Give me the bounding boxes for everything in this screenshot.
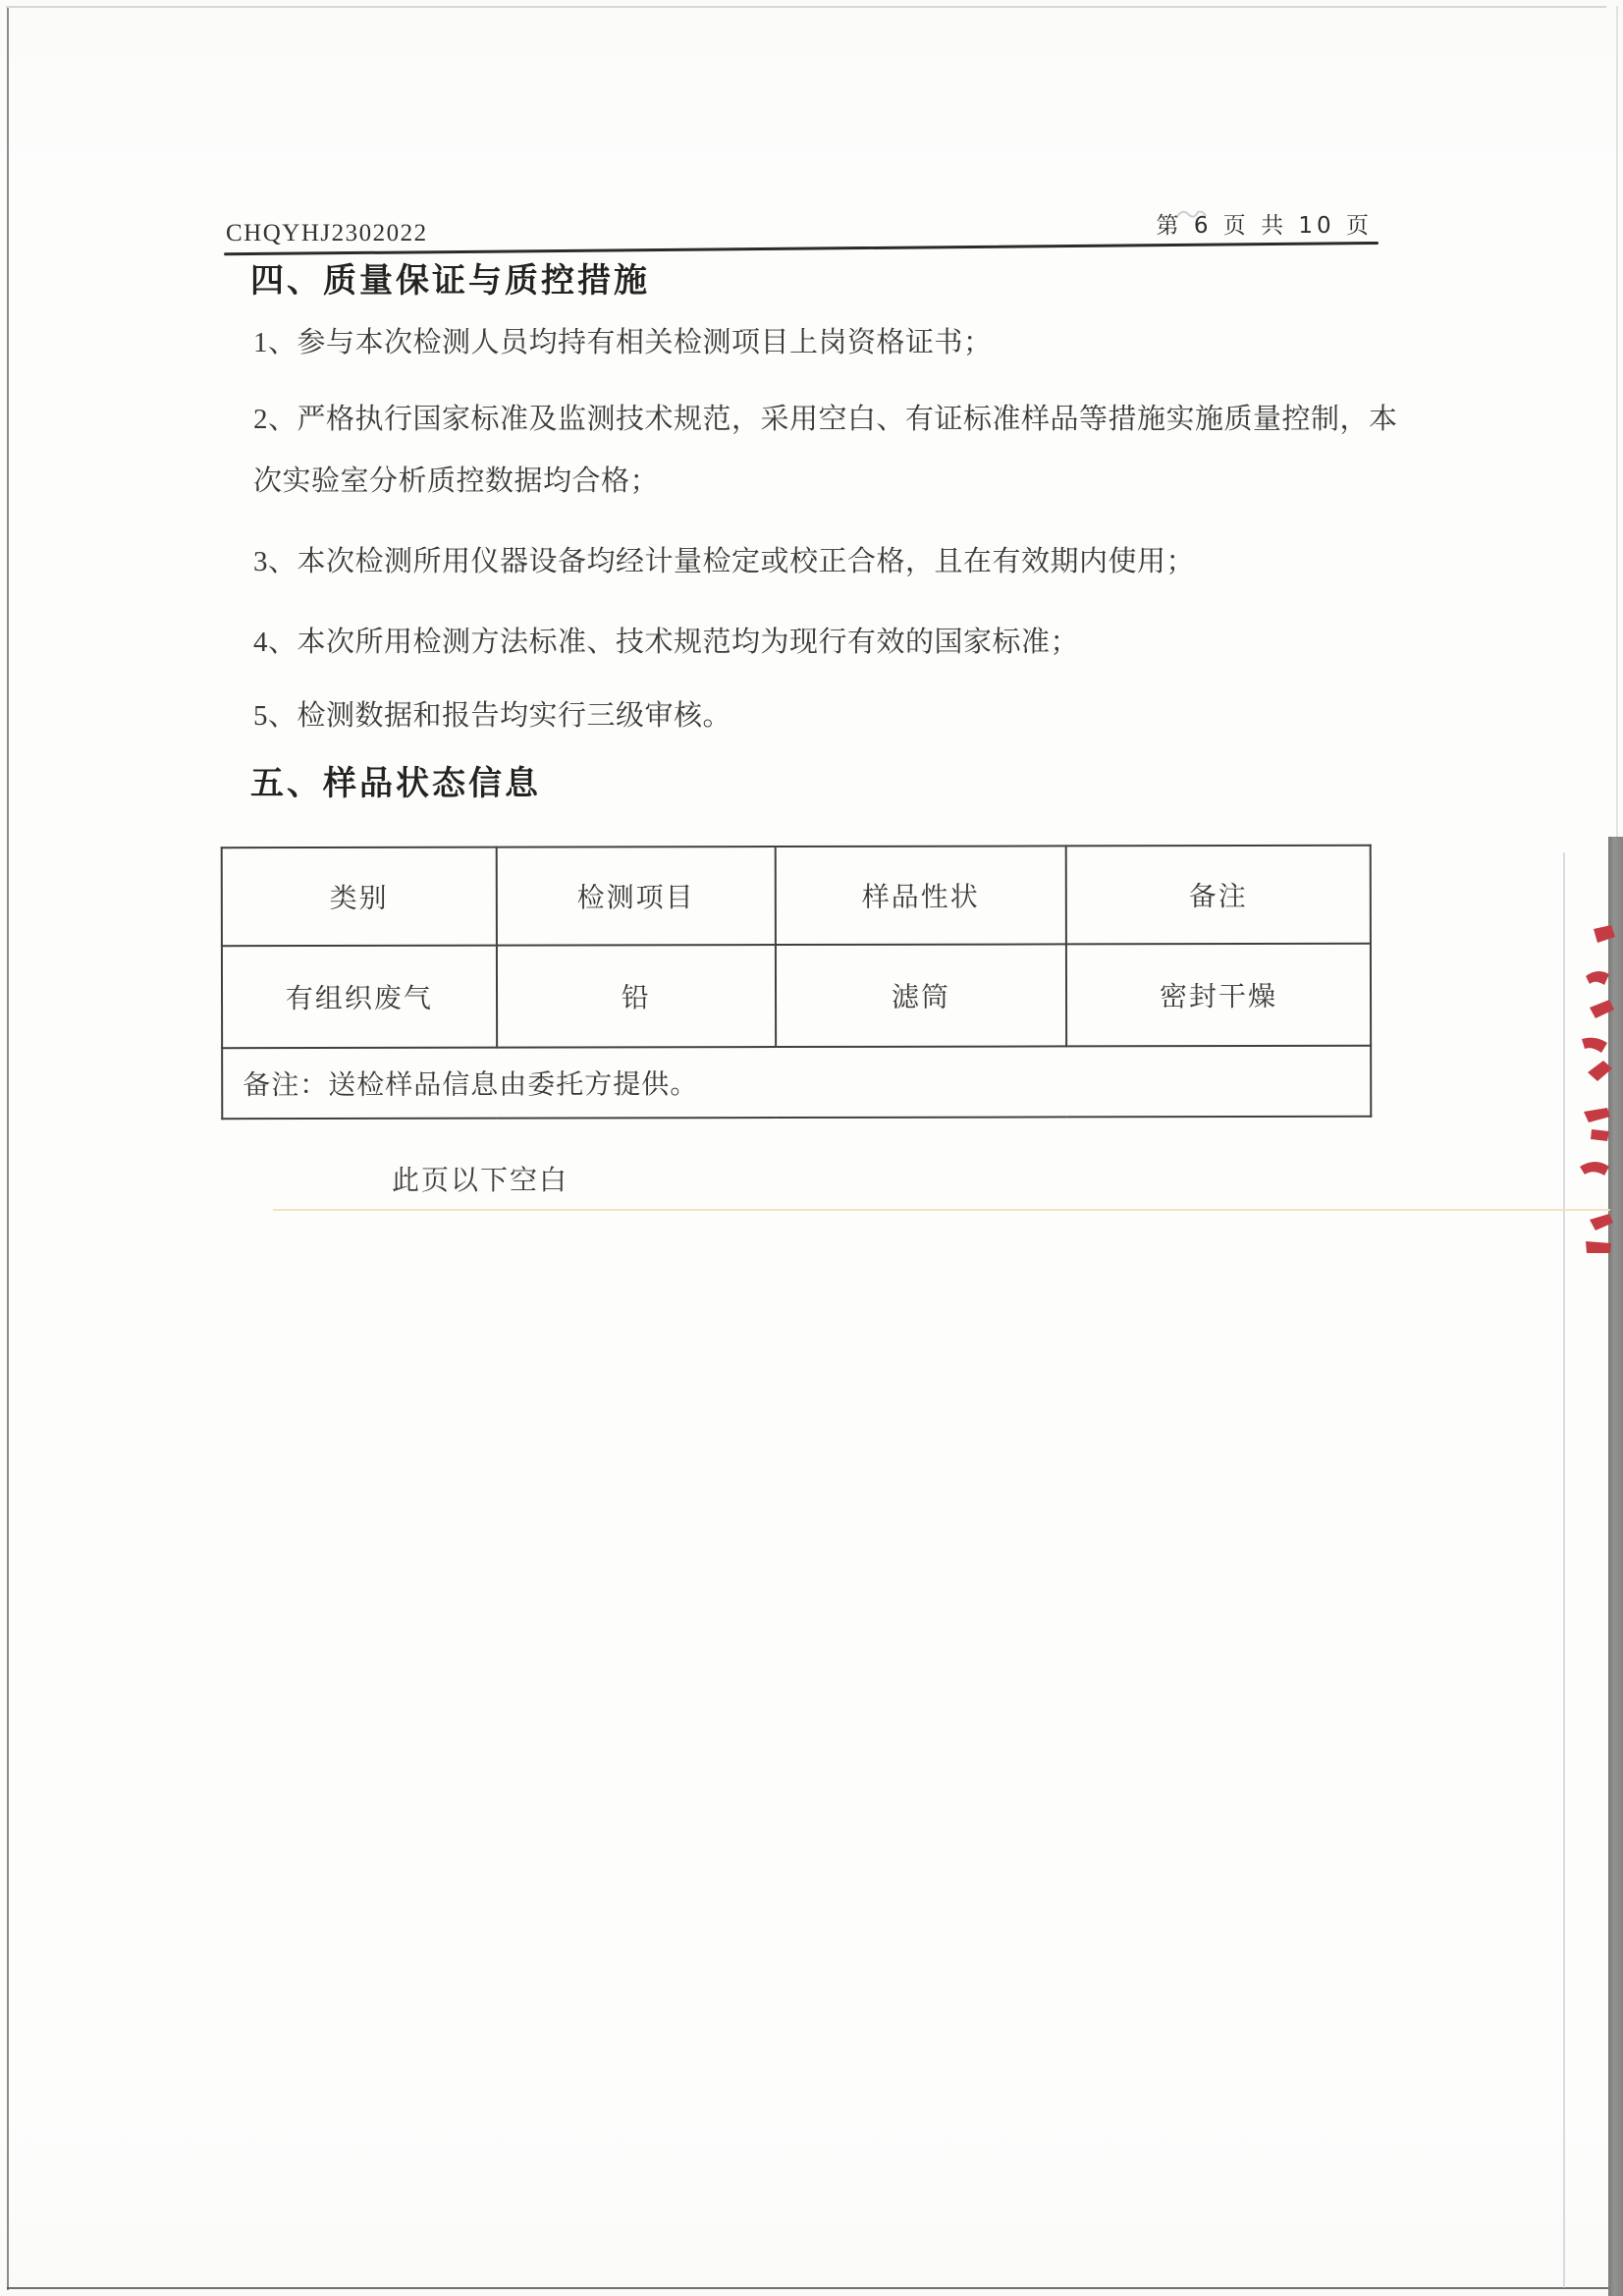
table-header-category: 类别	[222, 847, 497, 947]
scan-edge-left	[7, 8, 9, 2290]
section-title-quality-assurance: 四、质量保证与质控措施	[250, 253, 650, 301]
table-footnote-row: 备注：送检样品信息由委托方提供。	[222, 1046, 1371, 1119]
table-header-sample-character: 样品性状	[776, 846, 1066, 945]
qa-item-2: 2、严格执行国家标准及监测技术规范，采用空白、有证标准样品等措施实施质量控制，本…	[253, 389, 1419, 513]
document-number: CHQYHJ2302022	[226, 220, 428, 247]
cell-test-item: 铅	[497, 945, 777, 1048]
cell-sample-character: 滤筒	[776, 944, 1066, 1047]
scan-edge-top	[6, 6, 1606, 8]
qa-item-4: 4、本次所用检测方法标准、技术规范均为现行有效的国家标准；	[253, 612, 1419, 674]
table-row: 有组织废气 铅 滤筒 密封干燥	[222, 944, 1371, 1048]
red-seal-edge-marks-icon	[1572, 925, 1615, 1279]
table-header-remark: 备注	[1066, 846, 1371, 945]
table-footnote: 备注：送检样品信息由委托方提供。	[222, 1046, 1371, 1119]
section-title-sample-status: 五、样品状态信息	[250, 756, 541, 804]
sample-status-table: 类别 检测项目 样品性状 备注 有组织废气 铅 滤筒 密封干燥 备注：送检样品信…	[221, 845, 1373, 1120]
qa-item-3: 3、本次检测所用仪器设备均经计量检定或校正合格，且在有效期内使用；	[253, 531, 1419, 593]
underlay-page-edge-line	[1563, 852, 1565, 2288]
qa-item-1: 1、参与本次检测人员均持有相关检测项目上岗资格证书；	[253, 312, 1419, 374]
scan-edge-right	[1616, 6, 1618, 841]
table-header-row: 类别 检测项目 样品性状 备注	[222, 846, 1371, 946]
qa-item-5: 5、检测数据和报告均实行三级审核。	[253, 685, 1419, 747]
table-header-test-item: 检测项目	[496, 847, 776, 946]
cell-remark: 密封干燥	[1066, 944, 1371, 1047]
overlay-page-edge-line	[273, 1209, 1610, 1211]
document-page: CHQYHJ2302022 第 6 页 共 10 页 四、质量保证与质控措施 1…	[0, 0, 1623, 2296]
cell-category: 有组织废气	[222, 946, 497, 1049]
scan-artifact-mark	[1174, 204, 1208, 224]
blank-below-note: 此页以下空白	[392, 1159, 568, 1198]
scan-edge-bottom	[7, 2287, 1615, 2289]
